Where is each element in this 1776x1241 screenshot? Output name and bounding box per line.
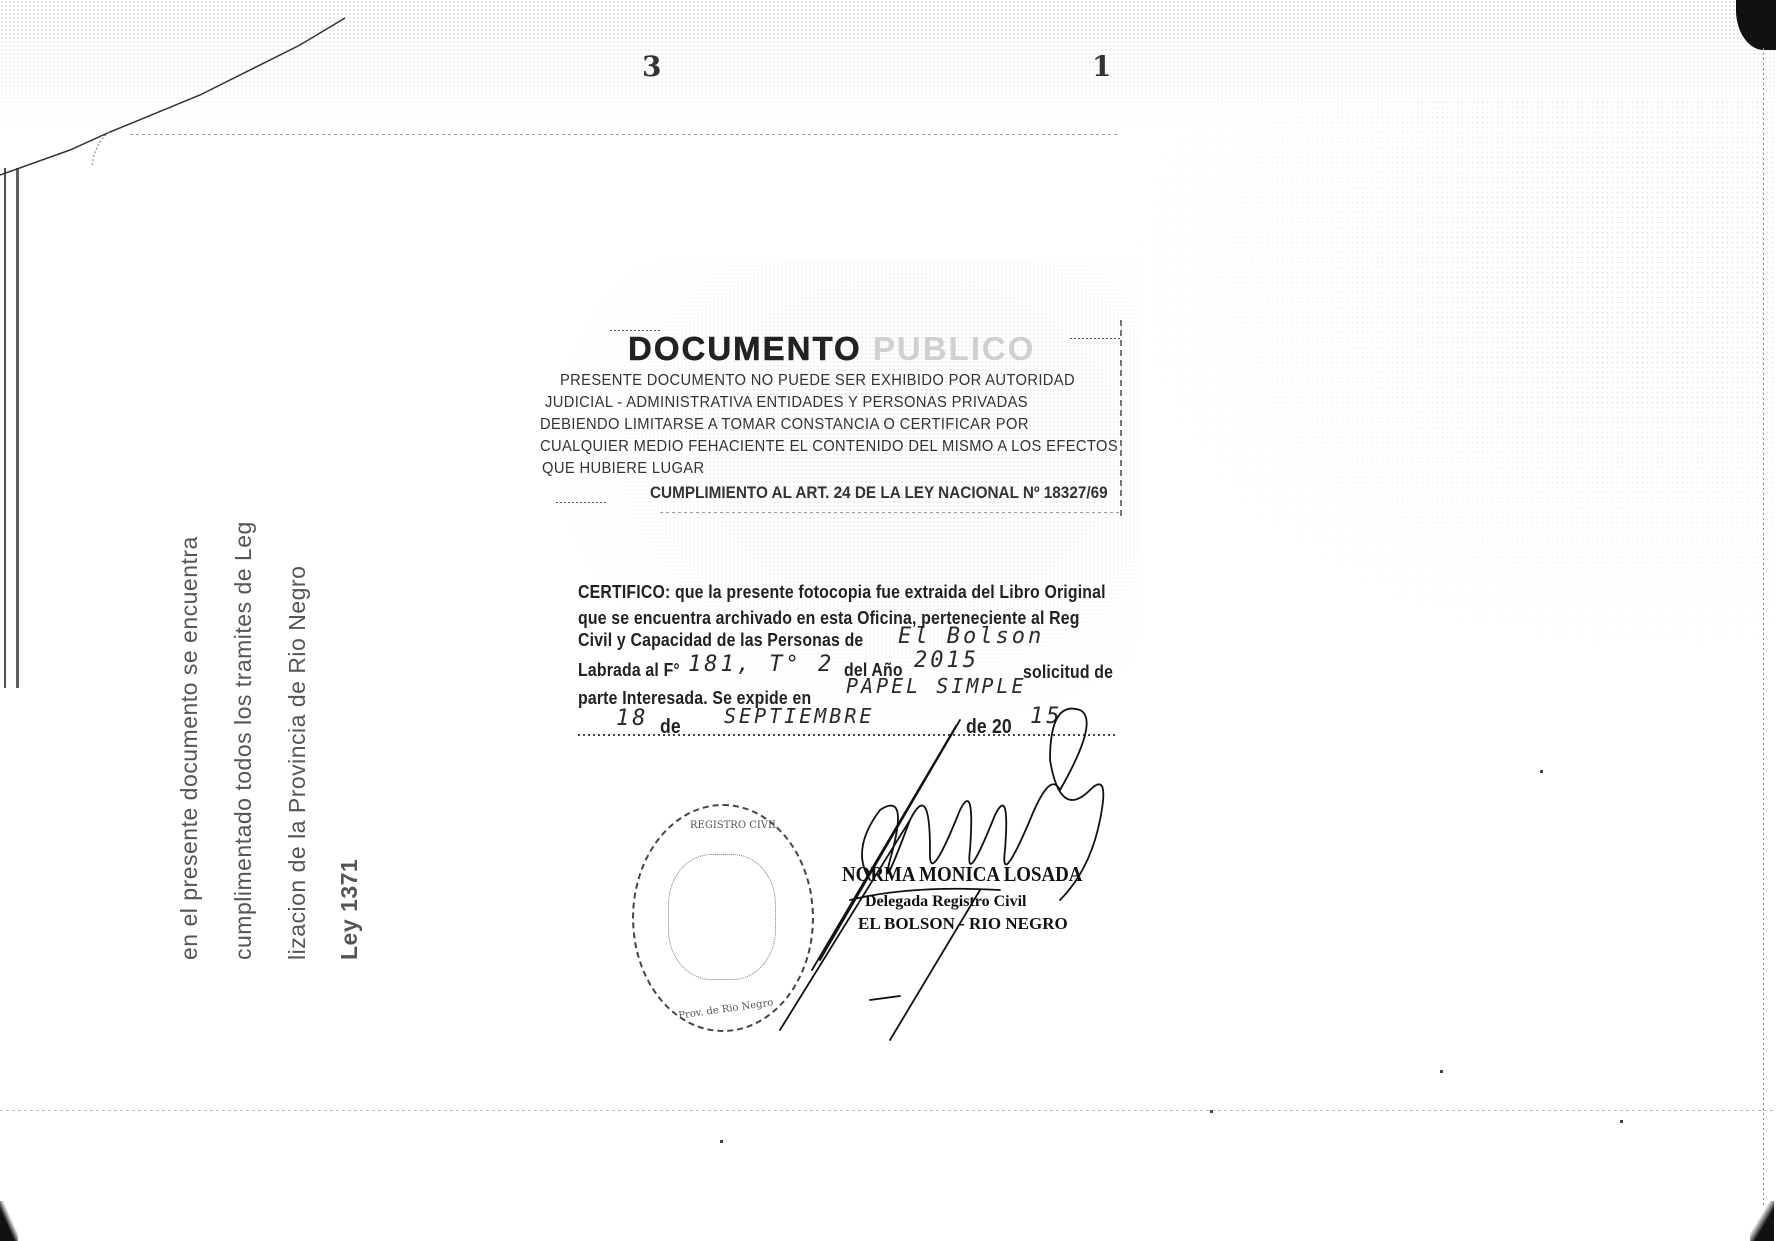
page-corner-bottom-right <box>1750 1201 1774 1241</box>
page-right-edge <box>1763 48 1764 1208</box>
speck <box>1440 1070 1443 1073</box>
cert-line-3-printed: Civil y Capacidad de las Personas de <box>578 630 863 651</box>
margin-line-3: lizacion de la Provincia de Rio Negro <box>284 566 311 960</box>
cert-line-4-folio-label: Labrada al F° <box>578 660 680 681</box>
margin-line-4: Ley 1371 <box>336 859 363 960</box>
stamp-dash <box>556 502 606 503</box>
stamp-line-4: CUALQUIER MEDIO FEHACIENTE EL CONTENIDO … <box>540 438 1118 456</box>
handwritten-locality: El Bolson <box>898 624 1044 649</box>
margin-line-2: cumplimentado todos los tramites de Leg <box>230 521 257 960</box>
margin-legalization-note: en el presente documento se encuentra cu… <box>170 470 370 970</box>
top-mark-left: 3 <box>642 50 661 83</box>
stamp-line-3: DEBIENDO LIMITARSE A TOMAR CONSTANCIA O … <box>540 416 1029 434</box>
stamp-dash <box>1070 338 1120 339</box>
bottom-rule <box>0 1110 1776 1111</box>
stamp-line-5: QUE HUBIERE LUGAR <box>542 460 704 478</box>
top-mark-right: 1 <box>1092 50 1111 83</box>
stamp-title-faded: PUBLICO <box>873 330 1036 367</box>
binding-edge <box>4 168 19 688</box>
signatory-role: Delegada Registro Civil <box>865 893 1026 911</box>
stamp-line-1: PRESENTE DOCUMENTO NO PUEDE SER EXHIBIDO… <box>560 372 1075 390</box>
handwritten-year: 2015 <box>914 648 979 673</box>
signatory-place: EL BOLSON - RIO NEGRO <box>858 914 1068 934</box>
stamp-line-2: JUDICIAL - ADMINISTRATIVA ENTIDADES Y PE… <box>545 394 1028 412</box>
stamp-underline <box>660 512 1120 513</box>
cert-line-3: Civil y Capacidad de las Personas de El … <box>578 630 902 651</box>
stamp-footer-law: CUMPLIMIENTO AL ART. 24 DE LA LEY NACION… <box>650 483 1108 503</box>
handwritten-day: 18 <box>616 706 649 731</box>
handwritten-folio: 181, T° 2 <box>688 652 834 677</box>
speck <box>1540 770 1543 773</box>
signatory-name: NORMA MONICA LOSADA <box>842 862 1082 887</box>
page-corner-bottom-left <box>0 1201 18 1241</box>
handwritten-paper-type: PAPEL SIMPLE <box>846 674 1027 698</box>
stamp-title: DOCUMENTO PUBLICO <box>628 330 1035 368</box>
photocopy-noise-right <box>1120 100 1776 660</box>
cert-line-1: CERTIFICO: que la presente fotocopia fue… <box>578 582 1106 603</box>
speck <box>1210 1110 1213 1113</box>
margin-line-1: en el presente documento se encuentra <box>176 536 203 960</box>
speck <box>720 1140 723 1143</box>
page-fold-edge <box>0 0 360 200</box>
cert-line-4-request: solicitud de <box>1023 662 1113 683</box>
speck <box>1620 1120 1623 1123</box>
stamp-title-visible: DOCUMENTO <box>628 330 862 367</box>
